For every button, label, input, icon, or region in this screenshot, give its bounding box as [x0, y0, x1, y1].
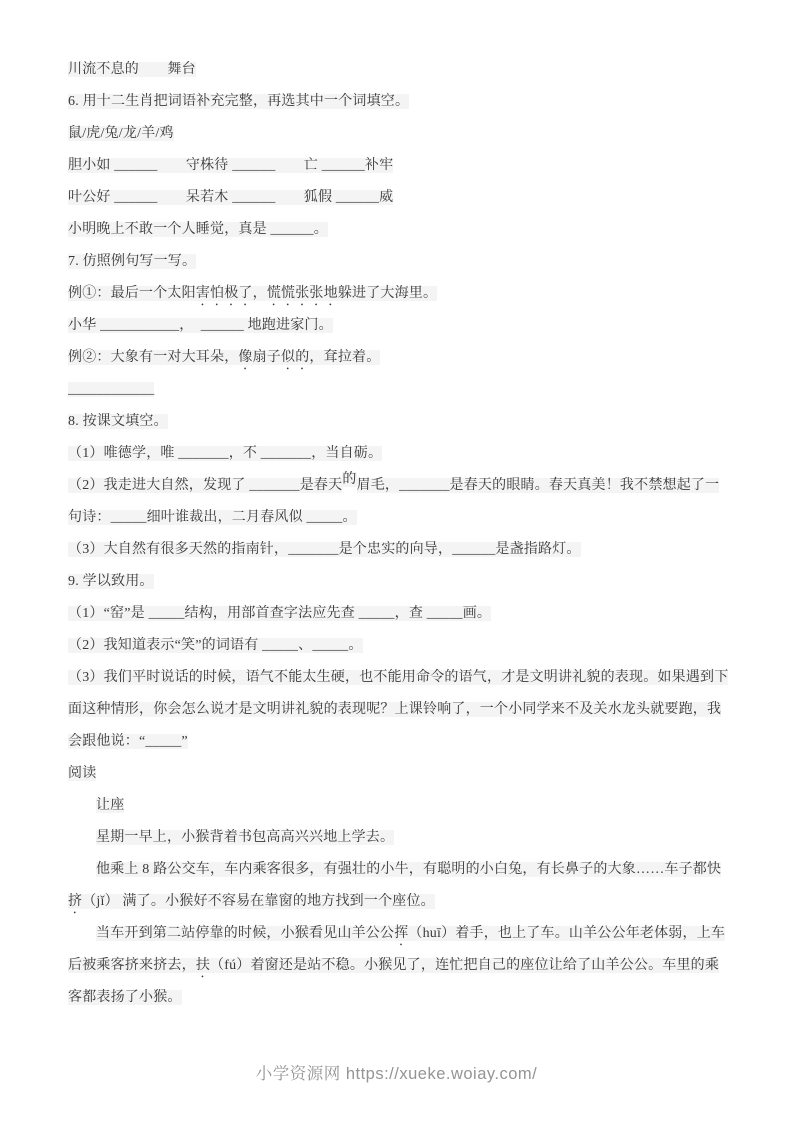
text-segment: ，: [253, 286, 267, 301]
emphasized-text: 慌慌张张地: [267, 286, 338, 301]
reading-section-label: 阅读: [68, 758, 736, 790]
emphasized-text: 像: [238, 350, 252, 365]
q6-idiom-row-1: 胆小如 ______ 守株待 ______ 亡 ______补牢: [68, 150, 736, 182]
q9-title: 9. 学以致用。: [68, 566, 736, 598]
q6-zodiac-options: 鼠/虎/兔/龙/羊/鸡: [68, 118, 736, 150]
reading-para-3-line-1: 当车开到第二站停靠的时候，小猴看见山羊公公挥（huī）着手，也上了车。山羊公公年…: [68, 918, 736, 950]
text-segment: ____________: [68, 382, 154, 397]
reading-title: 让座: [68, 790, 736, 822]
reading-para-2-line-1: 他乘上 8 路公交车，车内乘客很多，有强壮的小牛，有聪明的小白兔，有长鼻子的大象…: [68, 854, 736, 886]
text-segment: 小华 ___________， ______ 地跑进家门。: [68, 318, 333, 333]
text-segment: （3）我们平时说话的时候，语气不能太生硬，也不能用命令的语气，才是文明讲礼貌的表…: [68, 670, 728, 685]
text-segment: 躲进了大海里。: [338, 286, 437, 301]
text-segment: （1）唯德学，唯 _______，不 _______，当自砺。: [68, 446, 382, 461]
text-segment: 6. 用十二生肖把词语补充完整，再选其中一个词填空。: [68, 94, 409, 109]
text-segment: 会跟他说：“_____”: [68, 734, 188, 749]
text-segment: 叶公好 ______ 呆若木 ______ 狐假 ______威: [68, 190, 393, 205]
q8-item-2-line-2: 句诗：_____细叶谁裁出，二月春风似 _____。: [68, 502, 736, 534]
reading-para-2-line-2: 挤（jǐ） 满了。小猴好不容易在靠窗的地方找到一个座位。: [68, 886, 736, 918]
text-segment: （2）我走进大自然，发现了 _______是春天: [68, 478, 342, 493]
q7-example-1: 例①：最后一个太阳害怕极了，慌慌张张地躲进了大海里。: [68, 278, 736, 310]
text-segment: （1）“窑”是 _____结构，用部首查字法应先查 _____，查 _____画…: [68, 606, 491, 621]
q6-title: 6. 用十二生肖把词语补充完整，再选其中一个词填空。: [68, 86, 736, 118]
text-segment: 面这种情形，你会怎么说才是文明讲礼貌的表现呢？上课铃响了，一个小同学来不及关水龙…: [68, 702, 721, 717]
q7-answer-1: 小华 ___________， ______ 地跑进家门。: [68, 310, 736, 342]
q7-title: 7. 仿照例句写一写。: [68, 246, 736, 278]
reading-para-3-line-2: 后被乘客挤来挤去，扶（fú）着窗还是站不稳。小猴见了，连忙把自己的座位让给了山羊…: [68, 950, 736, 982]
q8-item-3: （3）大自然有很多天然的指南针，_______是个忠实的向导，______是盏指…: [68, 534, 736, 566]
q9-item-3-line-3: 会跟他说：“_____”: [68, 726, 736, 758]
text-segment: 9. 学以致用。: [68, 574, 154, 589]
q8-item-1: （1）唯德学，唯 _______，不 _______，当自砺。: [68, 438, 736, 470]
emphasized-text: 挤: [68, 894, 82, 909]
text-segment: （2）我知道表示“笑”的词语有 _____、_____。: [68, 638, 363, 653]
q9-item-3-line-1: （3）我们平时说话的时候，语气不能太生硬，也不能用命令的语气，才是文明讲礼貌的表…: [68, 662, 736, 694]
text-segment: 扇子: [253, 350, 281, 365]
emphasized-text: 似的: [281, 350, 309, 365]
text-segment: 川流不息的 舞台: [68, 62, 196, 77]
text-segment: 当车开到第二站停靠的时候，小猴看见山羊公公: [96, 926, 394, 941]
text-segment: 例①：最后一个太阳: [68, 286, 196, 301]
text-segment: 鼠/虎/兔/龙/羊/鸡: [68, 126, 174, 141]
q9-item-3-line-2: 面这种情形，你会怎么说才是文明讲礼貌的表现呢？上课铃响了，一个小同学来不及关水龙…: [68, 694, 736, 726]
emphasized-text: 害怕极了: [196, 286, 253, 301]
q6-sentence-blank: 小明晚上不敢一个人睡觉，真是 ______。: [68, 214, 736, 246]
reading-para-3-line-3: 客都表扬了小猴。: [68, 982, 736, 1014]
text-segment: 让座: [96, 798, 124, 813]
reading-para-1: 星期一早上，小猴背着书包高高兴兴地上学去。: [68, 822, 736, 854]
page-footer: 小学资源网 https://xueke.woiay.com/: [0, 1060, 793, 1084]
q8-item-2-line-1: （2）我走进大自然，发现了 _______是春天的眉毛，_______是春天的眼…: [68, 470, 736, 502]
emphasized-text: 挥: [394, 926, 408, 941]
q6-idiom-row-2: 叶公好 ______ 呆若木 ______ 狐假 ______威: [68, 182, 736, 214]
text-segment: 阅读: [68, 766, 96, 781]
text-segment: （fú）着窗还是站不稳。小猴见了，连忙把自己的座位让给了山羊公公。车里的乘: [210, 958, 719, 973]
exam-document-body: 川流不息的 舞台6. 用十二生肖把词语补充完整，再选其中一个词填空。鼠/虎/兔/…: [68, 54, 736, 1014]
text-segment: 8. 按课文填空。: [68, 414, 168, 429]
emphasized-text: 扶: [196, 958, 210, 973]
text-segment: ，耷拉着。: [309, 350, 380, 365]
text-segment: 句诗：_____细叶谁裁出，二月春风似 _____。: [68, 510, 357, 525]
text-segment: 胆小如 ______ 守株待 ______ 亡 ______补牢: [68, 158, 393, 173]
footer-watermark: 小学资源网 https://xueke.woiay.com/: [256, 1065, 538, 1083]
text-segment: 例②：大象有一对大耳朵，: [68, 350, 238, 365]
text-segment: 他乘上 8 路公交车，车内乘客很多，有强壮的小牛，有聪明的小白兔，有长鼻子的大象…: [96, 862, 721, 877]
idiom-pair-line: 川流不息的 舞台: [68, 54, 736, 86]
q7-answer-2-blank: ____________: [68, 374, 736, 406]
text-segment: 星期一早上，小猴背着书包高高兴兴地上学去。: [96, 830, 394, 845]
text-segment: 客都表扬了小猴。: [68, 990, 182, 1005]
text-segment: （jǐ） 满了。小猴好不容易在靠窗的地方找到一个座位。: [82, 894, 435, 909]
q8-title: 8. 按课文填空。: [68, 406, 736, 438]
q7-example-2: 例②：大象有一对大耳朵，像扇子似的，耷拉着。: [68, 342, 736, 374]
text-segment: 眉毛，_______是春天的眼睛。春天真美！我不禁想起了一: [357, 478, 720, 493]
superscript-text: 的: [342, 472, 356, 487]
text-segment: 后被乘客挤来挤去，: [68, 958, 196, 973]
q9-item-1: （1）“窑”是 _____结构，用部首查字法应先查 _____，查 _____画…: [68, 598, 736, 630]
text-segment: 小明晚上不敢一个人睡觉，真是 ______。: [68, 222, 328, 237]
text-segment: （huī）着手，也上了车。山羊公公年老体弱，上车: [408, 926, 725, 941]
q9-item-2: （2）我知道表示“笑”的词语有 _____、_____。: [68, 630, 736, 662]
text-segment: 7. 仿照例句写一写。: [68, 254, 196, 269]
text-segment: （3）大自然有很多天然的指南针，_______是个忠实的向导，______是盏指…: [68, 542, 581, 557]
